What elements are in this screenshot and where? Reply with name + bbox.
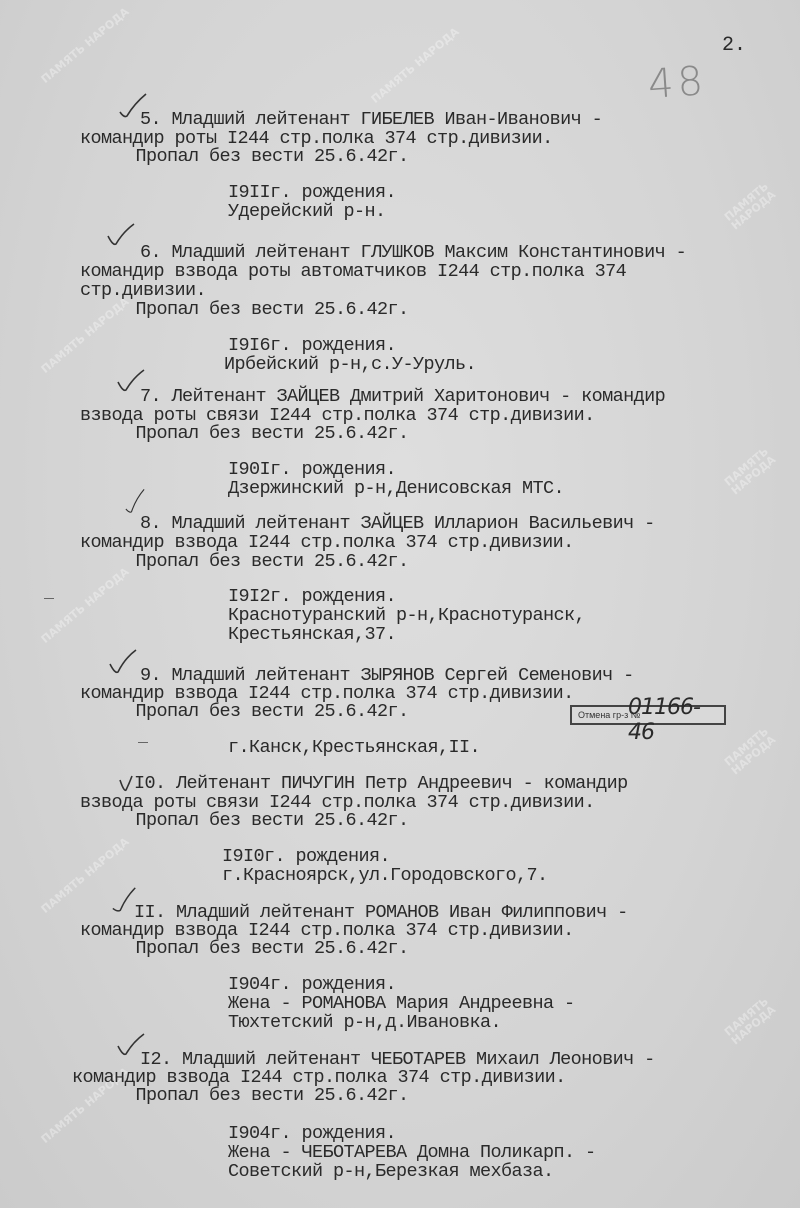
stamp-handwritten-number: 01166-46 xyxy=(628,695,724,745)
archive-number-handwritten: 48 xyxy=(646,58,708,108)
entry-6-line-1: 6. Младший лейтенант ГЛУШКОВ Максим Конс… xyxy=(140,243,686,263)
watermark: ПАМЯТЬ НАРОДА xyxy=(705,430,796,511)
entry-11-detail-1: I904г. рождения. xyxy=(228,975,396,995)
entry-8-detail-2: Краснотуранский р-н,Краснотуранск, xyxy=(228,606,585,626)
entry-5-detail-2: Удерейский р-н. xyxy=(228,202,386,222)
entry-9-line-3: Пропал без вести 25.6.42г. xyxy=(104,702,409,722)
entry-7-detail-2: Дзержинский р-н,Денисовская МТС. xyxy=(228,479,564,499)
cancellation-stamp: Отмена гр-з № 01166-46 xyxy=(570,705,726,725)
entry-6-detail-2: Ирбейский р-н,с.У-Уруль. xyxy=(224,355,476,375)
page-number: 2. xyxy=(722,34,746,57)
entry-12-detail-1: I904г. рождения. xyxy=(228,1124,396,1144)
entry-6-line-4: Пропал без вести 25.6.42г. xyxy=(104,300,409,320)
entry-8-line-2: командир взвода I244 стр.полка 374 стр.д… xyxy=(80,533,574,553)
entry-8-detail-1: I9I2г. рождения. xyxy=(228,587,396,607)
entry-6-detail-1: I9I6г. рождения. xyxy=(228,336,396,356)
entry-11-detail-2: Жена - РОМАНОВА Мария Андреевна - xyxy=(228,994,575,1014)
watermark: ПАМЯТЬ НАРОДА xyxy=(369,26,461,105)
entry-8-line-3: Пропал без вести 25.6.42г. xyxy=(104,552,409,572)
entry-10-detail-2: г.Красноярск,ул.Городовского,7. xyxy=(222,866,548,886)
watermark: ПАМЯТЬ НАРОДА xyxy=(39,6,131,85)
entry-5-detail-1: I9IIг. рождения. xyxy=(228,183,396,203)
entry-11-line-3: Пропал без вести 25.6.42г. xyxy=(104,939,409,959)
margin-mark xyxy=(44,598,54,599)
watermark: ПАМЯТЬ НАРОДА xyxy=(705,980,796,1061)
checkmark-icon xyxy=(120,488,150,516)
entry-11-detail-3: Тюхтетский р-н,д.Ивановка. xyxy=(228,1013,501,1033)
entry-6-line-2: командир взвода роты автоматчиков I244 с… xyxy=(80,262,626,282)
entry-7-detail-1: I90Iг. рождения. xyxy=(228,460,396,480)
entry-8-detail-3: Крестьянская,37. xyxy=(228,625,396,645)
watermark: ПАМЯТЬ НАРОДА xyxy=(705,165,796,246)
entry-12-line-3: Пропал без вести 25.6.42г. xyxy=(104,1086,409,1106)
entry-9-detail-1: г.Канск,Крестьянская,II. xyxy=(228,738,480,758)
margin-mark xyxy=(138,742,148,743)
watermark: ПАМЯТЬ НАРОДА xyxy=(39,566,131,645)
entry-7-line-3: Пропал без вести 25.6.42г. xyxy=(104,424,409,444)
entry-10-line-3: Пропал без вести 25.6.42г. xyxy=(104,811,409,831)
checkmark-icon xyxy=(106,222,136,250)
document-page: ПАМЯТЬ НАРОДА ПАМЯТЬ НАРОДА ПАМЯТЬ НАРОД… xyxy=(0,0,800,1208)
entry-7-line-1: 7. Лейтенант ЗАЙЦЕВ Дмитрий Харитонович … xyxy=(140,387,665,407)
entry-12-detail-2: Жена - ЧЕБОТАРЕВА Домна Поликарп. - xyxy=(228,1143,596,1163)
entry-8-line-1: 8. Младший лейтенант ЗАЙЦЕВ Илларион Вас… xyxy=(140,514,655,534)
entry-6-line-3: стр.дивизии. xyxy=(80,281,206,301)
entry-10-detail-1: I9I0г. рождения. xyxy=(222,847,390,867)
entry-12-detail-3: Советский р-н,Березкая мехбаза. xyxy=(228,1162,554,1182)
entry-10-line-1: I0. Лейтенант ПИЧУГИН Петр Андреевич - к… xyxy=(134,774,628,794)
entry-5-line-1: 5. Младший лейтенант ГИБЕЛЕВ Иван-Иванов… xyxy=(140,110,602,130)
entry-5-line-3: Пропал без вести 25.6.42г. xyxy=(104,147,409,167)
checkmark-icon xyxy=(108,648,138,676)
